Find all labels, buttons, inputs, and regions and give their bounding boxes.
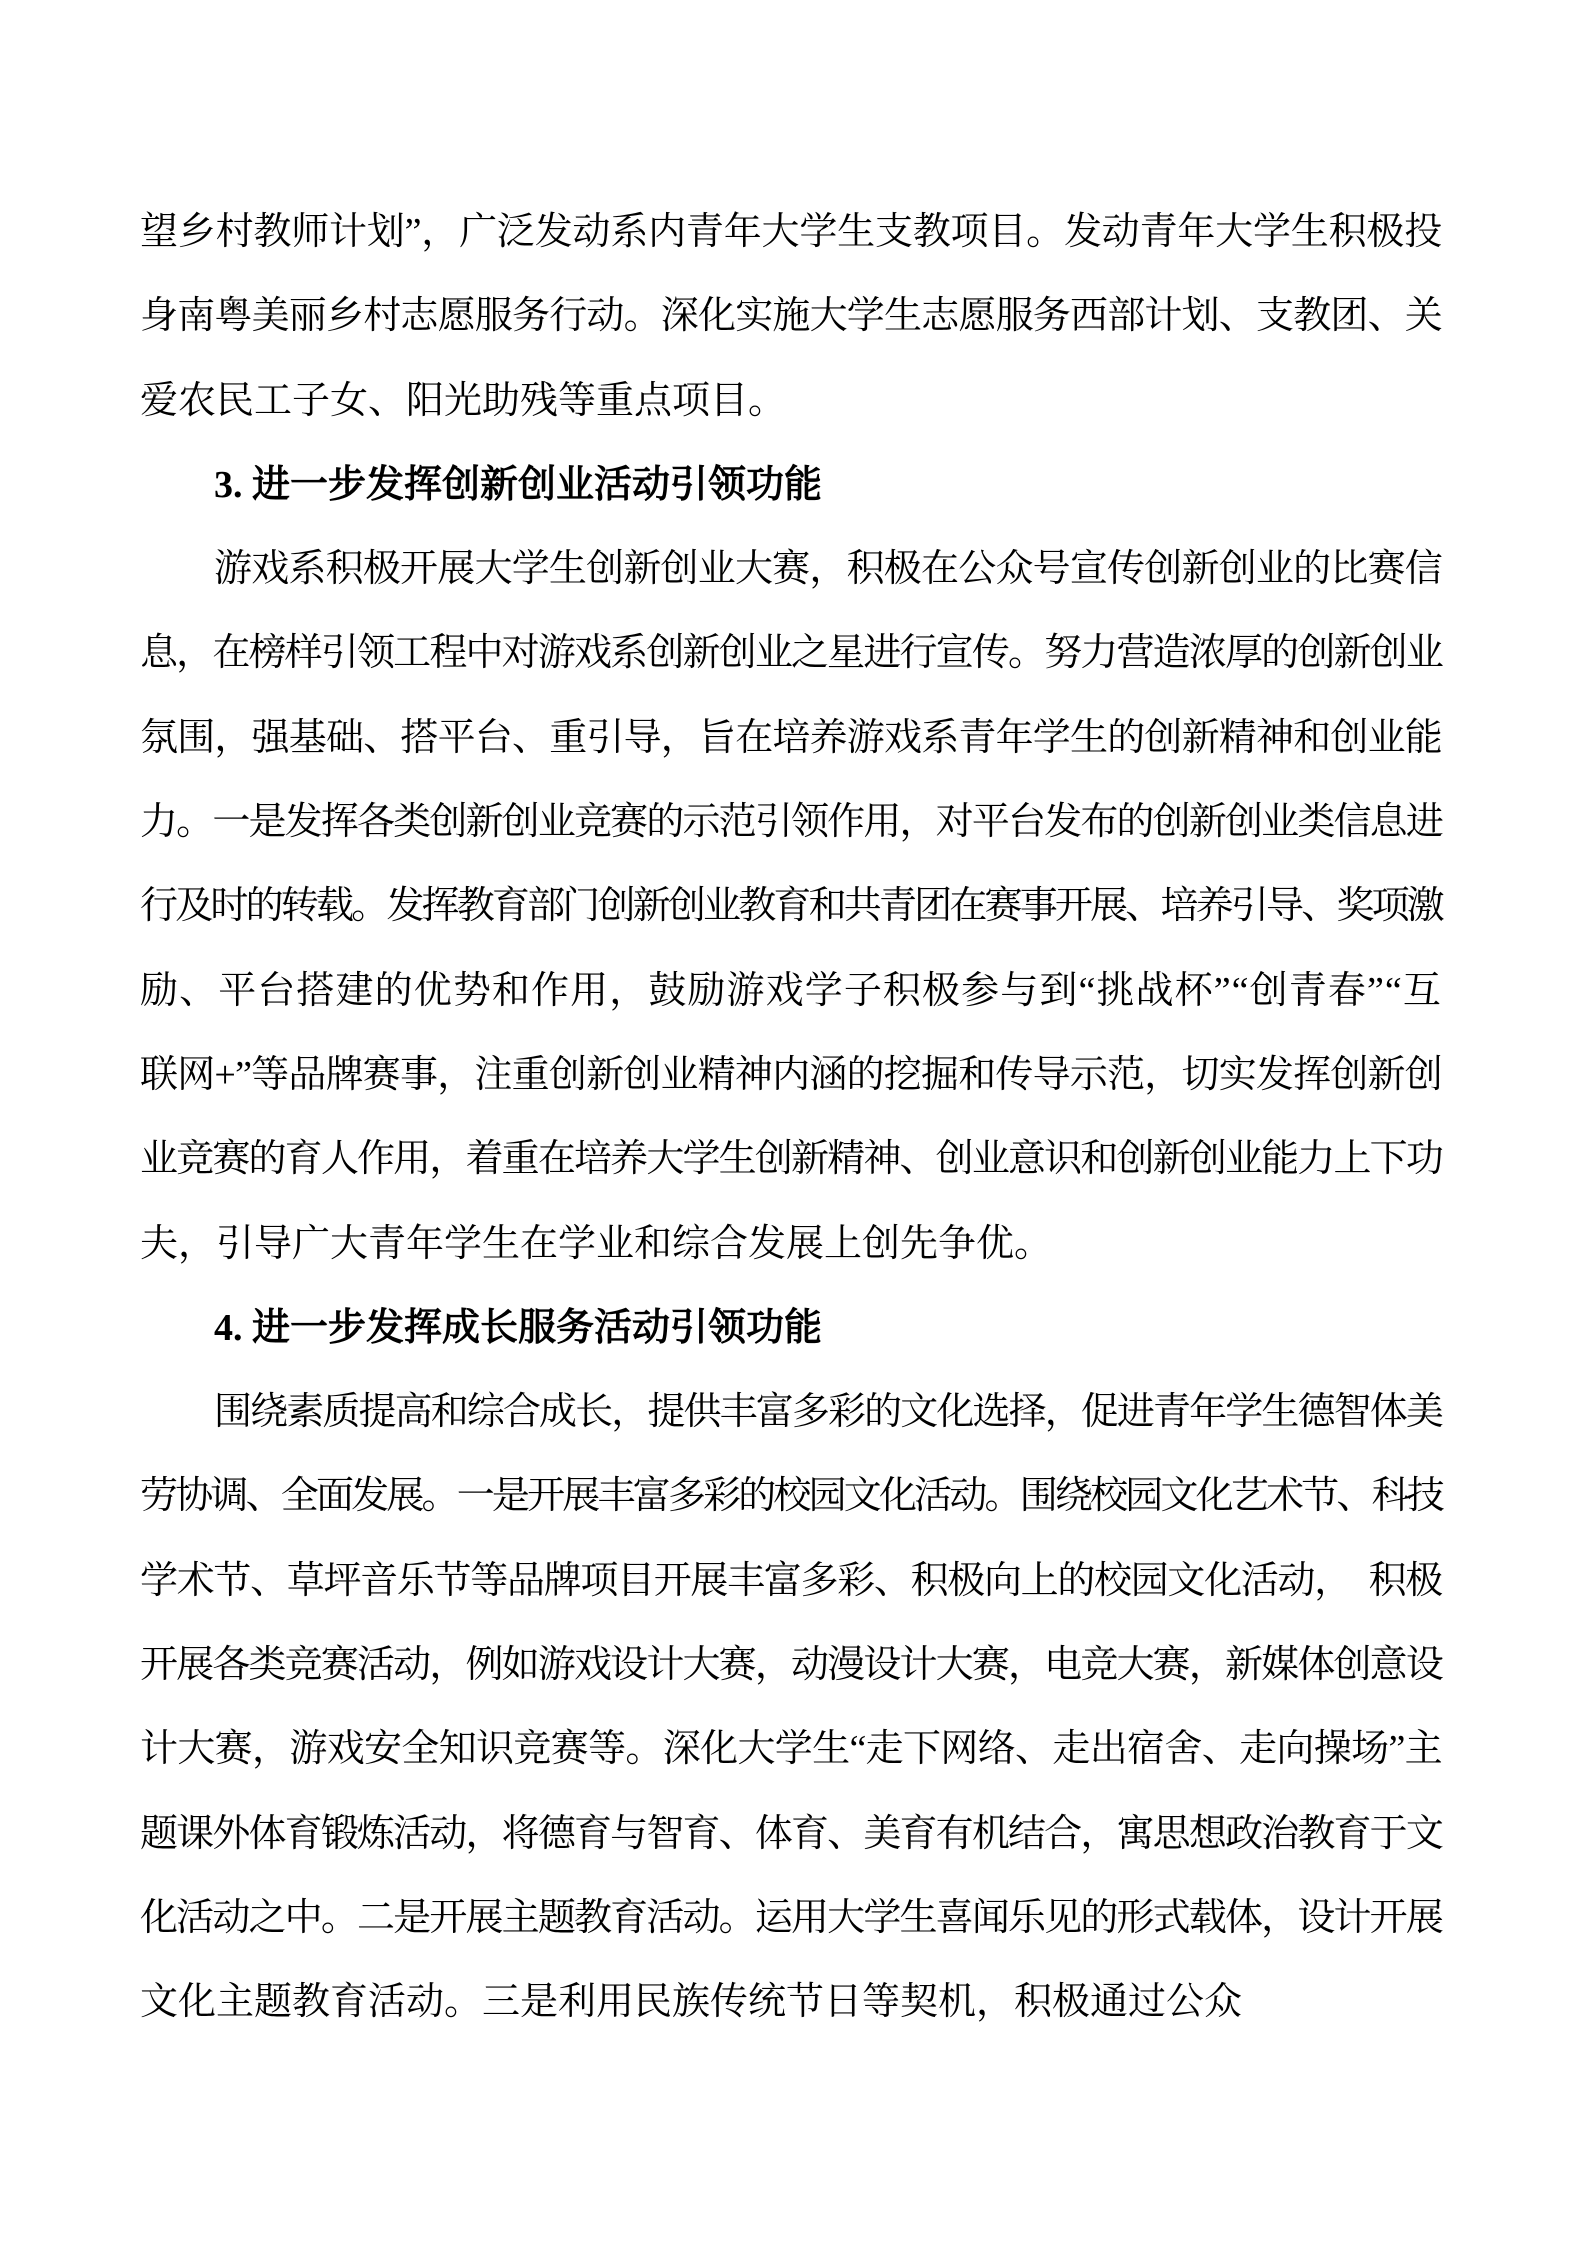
text-line-text: 文化主题教育活动。三是利用民族传统节日等契机，积极通过公众 (140, 1960, 1242, 2044)
text-line: 游戏系积极开展大学生创新创业大赛，积极在公众号宣传创新创业的比赛信 (140, 527, 1442, 611)
text-line-text: 身南粤美丽乡村志愿服务行动。深化实施大学生志愿服务西部计划、支教团、关 (140, 274, 1442, 358)
text-line-text: 题课外体育锻炼活动，将德育与智育、体育、美育有机结合，寓思想政治教育于文 (140, 1792, 1442, 1876)
text-line: 望乡村教师计划”，广泛发动系内青年大学生支教项目。发动青年大学生积极投 (140, 190, 1442, 274)
text-line-text: 行及时的转载。发挥教育部门创新创业教育和共青团在赛事开展、培养引导、奖项激 (140, 864, 1442, 948)
text-line-text: 望乡村教师计划”，广泛发动系内青年大学生支教项目。发动青年大学生积极投 (140, 190, 1442, 274)
text-line-text: 联网+”等品牌赛事，注重创新创业精神内涵的挖掘和传导示范，切实发挥创新创 (140, 1033, 1442, 1117)
text-line: 学术节、草坪音乐节等品牌项目开展丰富多彩、积极向上的校园文化活动， 积极 (140, 1539, 1442, 1623)
text-line-text: 息，在榜样引领工程中对游戏系创新创业之星进行宣传。努力营造浓厚的创新创业 (140, 611, 1442, 695)
text-line-text: 励、平台搭建的优势和作用，鼓励游戏学子积极参与到“挑战杯”“创青春”“互 (140, 949, 1442, 1033)
text-line: 题课外体育锻炼活动，将德育与智育、体育、美育有机结合，寓思想政治教育于文 (140, 1792, 1442, 1876)
text-line: 力。一是发挥各类创新创业竞赛的示范引领作用，对平台发布的创新创业类信息进 (140, 780, 1442, 864)
section-heading-text: 4. 进一步发挥成长服务活动引领功能 (214, 1286, 822, 1370)
text-line: 劳协调、全面发展。一是开展丰富多彩的校园文化活动。围绕校园文化艺术节、科技 (140, 1454, 1442, 1538)
text-line: 息，在榜样引领工程中对游戏系创新创业之星进行宣传。努力营造浓厚的创新创业 (140, 611, 1442, 695)
text-line: 行及时的转载。发挥教育部门创新创业教育和共青团在赛事开展、培养引导、奖项激 (140, 864, 1442, 948)
text-line: 联网+”等品牌赛事，注重创新创业精神内涵的挖掘和传导示范，切实发挥创新创 (140, 1033, 1442, 1117)
text-line-text: 劳协调、全面发展。一是开展丰富多彩的校园文化活动。围绕校园文化艺术节、科技 (140, 1454, 1442, 1538)
text-line: 爱农民工子女、阳光助残等重点项目。 (140, 359, 1442, 443)
text-line: 文化主题教育活动。三是利用民族传统节日等契机，积极通过公众 (140, 1960, 1442, 2044)
section-heading: 4. 进一步发挥成长服务活动引领功能 (140, 1286, 1442, 1370)
section-heading-text: 3. 进一步发挥创新创业活动引领功能 (214, 443, 822, 527)
text-line: 业竞赛的育人作用，着重在培养大学生创新精神、创业意识和创新创业能力上下功 (140, 1117, 1442, 1201)
text-line-text: 围绕素质提高和综合成长，提供丰富多彩的文化选择，促进青年学生德智体美 (214, 1370, 1442, 1454)
text-line-text: 计大赛，游戏安全知识竞赛等。深化大学生“走下网络、走出宿舍、走向操场”主 (140, 1707, 1442, 1791)
text-line-text: 学术节、草坪音乐节等品牌项目开展丰富多彩、积极向上的校园文化活动， 积极 (140, 1539, 1442, 1623)
text-line: 励、平台搭建的优势和作用，鼓励游戏学子积极参与到“挑战杯”“创青春”“互 (140, 949, 1442, 1033)
text-line: 身南粤美丽乡村志愿服务行动。深化实施大学生志愿服务西部计划、支教团、关 (140, 274, 1442, 358)
text-line-text: 化活动之中。二是开展主题教育活动。运用大学生喜闻乐见的形式载体，设计开展 (140, 1876, 1442, 1960)
text-line-text: 力。一是发挥各类创新创业竞赛的示范引领作用，对平台发布的创新创业类信息进 (140, 780, 1442, 864)
text-line-text: 游戏系积极开展大学生创新创业大赛，积极在公众号宣传创新创业的比赛信 (214, 527, 1442, 611)
text-line: 计大赛，游戏安全知识竞赛等。深化大学生“走下网络、走出宿舍、走向操场”主 (140, 1707, 1442, 1791)
section-heading: 3. 进一步发挥创新创业活动引领功能 (140, 443, 1442, 527)
text-line: 围绕素质提高和综合成长，提供丰富多彩的文化选择，促进青年学生德智体美 (140, 1370, 1442, 1454)
text-line-text: 夫，引导广大青年学生在学业和综合发展上创先争优。 (140, 1202, 1052, 1286)
text-line-text: 氛围，强基础、搭平台、重引导，旨在培养游戏系青年学生的创新精神和创业能 (140, 696, 1442, 780)
text-line: 化活动之中。二是开展主题教育活动。运用大学生喜闻乐见的形式载体，设计开展 (140, 1876, 1442, 1960)
text-line-text: 业竞赛的育人作用，着重在培养大学生创新精神、创业意识和创新创业能力上下功 (140, 1117, 1442, 1201)
text-block: 望乡村教师计划”，广泛发动系内青年大学生支教项目。发动青年大学生积极投身南粤美丽… (140, 190, 1442, 2045)
text-line: 夫，引导广大青年学生在学业和综合发展上创先争优。 (140, 1202, 1442, 1286)
text-line: 氛围，强基础、搭平台、重引导，旨在培养游戏系青年学生的创新精神和创业能 (140, 696, 1442, 780)
text-line-text: 爱农民工子女、阳光助残等重点项目。 (140, 359, 786, 443)
text-line: 开展各类竞赛活动，例如游戏设计大赛，动漫设计大赛，电竞大赛，新媒体创意设 (140, 1623, 1442, 1707)
text-line-text: 开展各类竞赛活动，例如游戏设计大赛，动漫设计大赛，电竞大赛，新媒体创意设 (140, 1623, 1442, 1707)
